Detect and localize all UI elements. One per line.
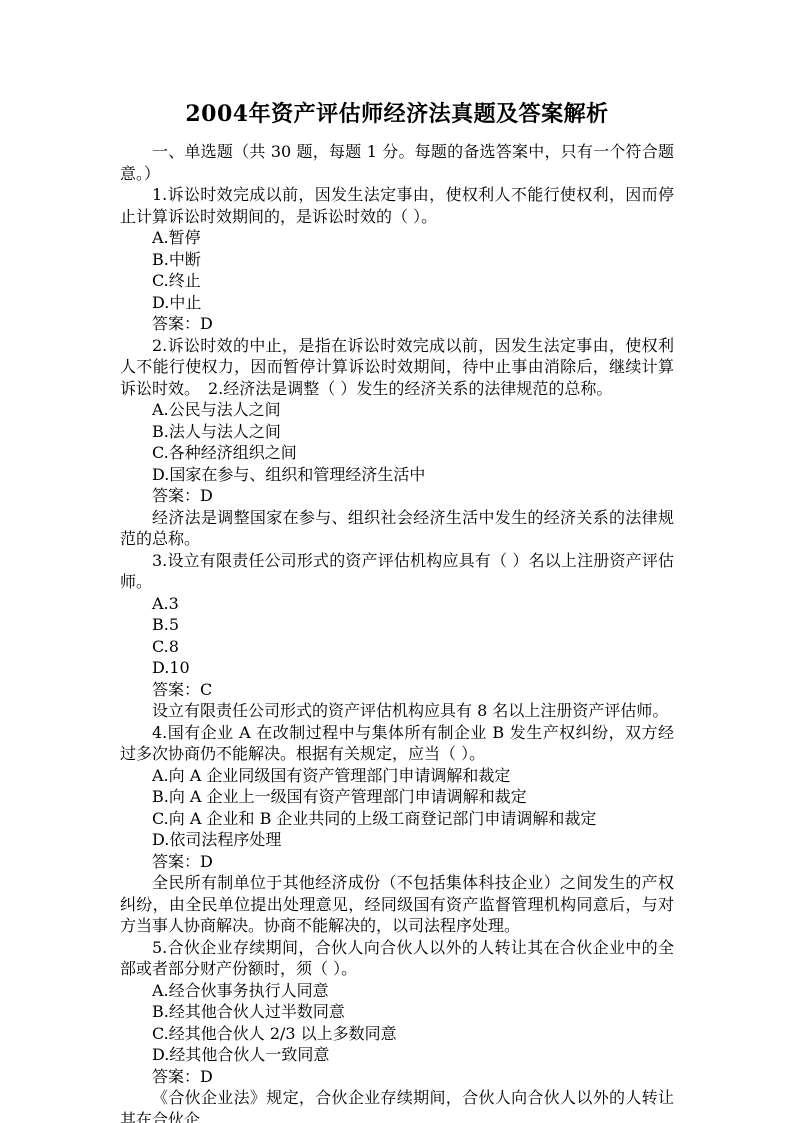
answer-option: B.法人与法人之间 bbox=[120, 421, 674, 443]
answer-line: 答案：C bbox=[120, 679, 674, 701]
question-stem: 5.合伙企业存续期间，合伙人向合伙人以外的人转让其在合伙企业中的全部或者部分财产… bbox=[120, 937, 674, 980]
answer-option: C.向 A 企业和 B 企业共同的上级工商登记部门申请调解和裁定 bbox=[120, 808, 674, 830]
answer-option: A.3 bbox=[120, 593, 674, 615]
answer-option: D.中止 bbox=[120, 292, 674, 314]
question-stem: 1.诉讼时效完成以前，因发生法定事由，使权利人不能行使权利，因而停止计算诉讼时效… bbox=[120, 184, 674, 227]
question-stem: 3.设立有限责任公司形式的资产评估机构应具有（ ）名以上注册资产评估师。 bbox=[120, 550, 674, 593]
paragraph-list: 一、单选题（共 30 题，每题 1 分。每题的备选答案中，只有一个符合题意。）1… bbox=[120, 141, 674, 1123]
answer-option: B.向 A 企业上一级国有资产管理部门申请调解和裁定 bbox=[120, 786, 674, 808]
document-title: 2004年资产评估师经济法真题及答案解析 bbox=[120, 100, 674, 128]
answer-line: 答案：D bbox=[120, 1066, 674, 1088]
answer-option: C.各种经济组织之间 bbox=[120, 442, 674, 464]
document-page: 2004年资产评估师经济法真题及答案解析 一、单选题（共 30 题，每题 1 分… bbox=[0, 0, 794, 1123]
answer-option: A.经合伙事务执行人同意 bbox=[120, 980, 674, 1002]
explanation-text: 经济法是调整国家在参与、组织社会经济生活中发生的经济关系的法律规范的总称。 bbox=[120, 507, 674, 550]
answer-line: 答案：D bbox=[120, 851, 674, 873]
question-stem: 4.国有企业 A 在改制过程中与集体所有制企业 B 发生产权纠纷，双方经过多次协… bbox=[120, 722, 674, 765]
answer-option: D.经其他合伙人一致同意 bbox=[120, 1044, 674, 1066]
section-heading: 一、单选题（共 30 题，每题 1 分。每题的备选答案中，只有一个符合题意。） bbox=[120, 141, 674, 184]
answer-option: B.经其他合伙人过半数同意 bbox=[120, 1001, 674, 1023]
answer-option: D.依司法程序处理 bbox=[120, 829, 674, 851]
answer-line: 答案：D bbox=[120, 485, 674, 507]
answer-option: B.中断 bbox=[120, 249, 674, 271]
answer-option: A.暂停 bbox=[120, 227, 674, 249]
answer-option: D.国家在参与、组织和管理经济生活中 bbox=[120, 464, 674, 486]
answer-option: C.8 bbox=[120, 636, 674, 658]
answer-line: 答案：D bbox=[120, 313, 674, 335]
explanation-text: 2.诉讼时效的中止，是指在诉讼时效完成以前，因发生法定事由，使权利人不能行使权力… bbox=[120, 335, 674, 400]
answer-option: A.向 A 企业同级国有资产管理部门申请调解和裁定 bbox=[120, 765, 674, 787]
answer-option: C.经其他合伙人 2/3 以上多数同意 bbox=[120, 1023, 674, 1045]
answer-option: A.公民与法人之间 bbox=[120, 399, 674, 421]
answer-option: C.终止 bbox=[120, 270, 674, 292]
answer-option: B.5 bbox=[120, 614, 674, 636]
explanation-text: 《合伙企业法》规定，合伙企业存续期间，合伙人向合伙人以外的人转让其在合伙企 bbox=[120, 1087, 674, 1123]
document-content: 2004年资产评估师经济法真题及答案解析 一、单选题（共 30 题，每题 1 分… bbox=[120, 100, 674, 1123]
answer-option: D.10 bbox=[120, 657, 674, 679]
explanation-text: 全民所有制单位于其他经济成份（不包括集体科技企业）之间发生的产权纠纷，由全民单位… bbox=[120, 872, 674, 937]
explanation-text: 设立有限责任公司形式的资产评估机构应具有 8 名以上注册资产评估师。 bbox=[120, 700, 674, 722]
